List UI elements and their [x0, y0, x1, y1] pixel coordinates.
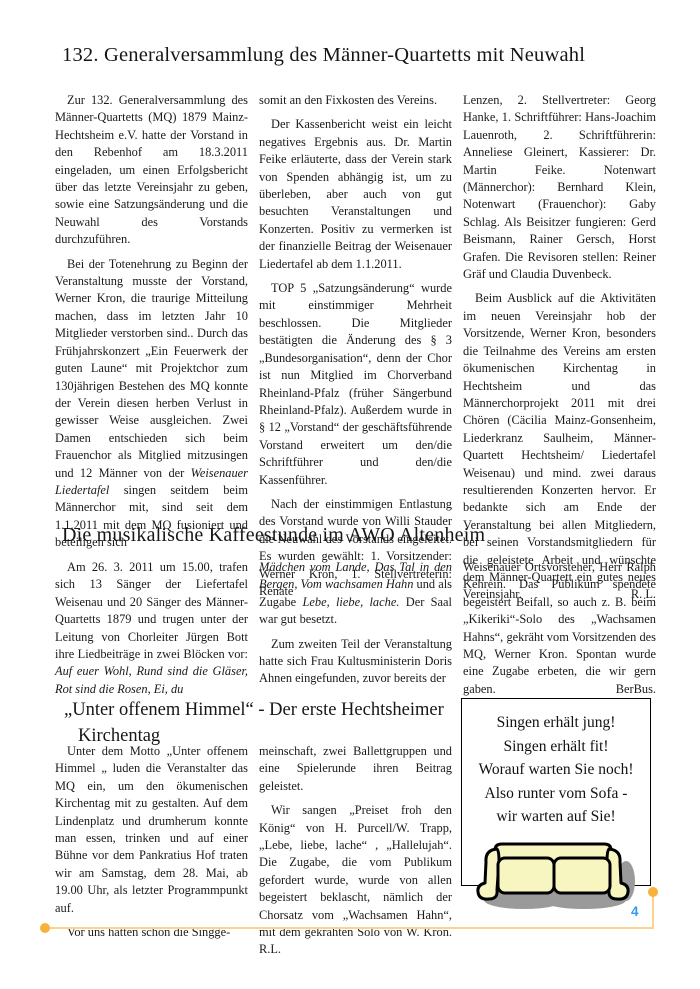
article-3-title: „Unter offenem Himmel“ - Der erste Hecht… — [64, 697, 492, 749]
paragraph: Zum zweiten Teil der Veranstaltung hatte… — [259, 636, 452, 688]
paragraph: Der Kassenbericht weist ein leicht negat… — [259, 116, 452, 273]
article-1-column-3: Lenzen, 2. Stellvertreter: Georg Hanke, … — [463, 92, 656, 611]
article-1-title: 132. Generalversammlung des Männer-Quart… — [62, 44, 585, 67]
paragraph: Zur 132. Generalversammlung des Männer-Q… — [55, 92, 248, 249]
paragraph: Bei der Totenehrung zu Beginn der Verans… — [55, 256, 248, 552]
article-3-column-2: meinschaft, zwei Ballettgruppen und eine… — [259, 743, 452, 966]
footer-rule-horizontal — [45, 927, 654, 929]
paragraph: TOP 5 „Satzungsänderung“ wurde mit einst… — [259, 280, 452, 489]
promo-line: Worauf warten Sie noch! — [462, 758, 650, 782]
paragraph: Lenzen, 2. Stellvertreter: Georg Hanke, … — [463, 92, 656, 283]
sofa-body — [478, 844, 628, 899]
promo-line: Singen erhält fit! — [462, 735, 650, 759]
footer-rule-vertical — [652, 892, 654, 929]
article-3-column-1: Unter dem Motto „Unter offenem Himmel „ … — [55, 743, 248, 966]
paragraph: meinschaft, zwei Ballettgruppen und eine… — [259, 743, 452, 795]
article-2-column-3: Weisenauer Ortsvorsteher, Herr Ralph Keh… — [463, 559, 656, 705]
article-2-title: Die musikalische Kaffeestunde im AWO Alt… — [62, 524, 485, 547]
footer-dot-left — [40, 923, 50, 933]
paragraph: Mädchen vom Lande, Das Tal in den Bergen… — [259, 559, 452, 629]
paragraph: Wir sangen „Preiset froh den König“ von … — [259, 802, 452, 959]
promo-line: wir warten auf Sie! — [462, 805, 650, 829]
paragraph: Weisenauer Ortsvorsteher, Herr Ralph Keh… — [463, 559, 656, 698]
article-3-columns: Unter dem Motto „Unter offenem Himmel „ … — [55, 743, 452, 966]
promo-line: Singen erhält jung! — [462, 711, 650, 735]
paragraph: somit an den Fixkosten des Vereins. — [259, 92, 452, 109]
footer-dot-right — [648, 887, 658, 897]
article-2-column-1: Am 26. 3. 2011 um 15.00, trafen sich 13 … — [55, 559, 248, 705]
author-initials: BerBus. — [616, 681, 656, 698]
article-2-columns: Am 26. 3. 2011 um 15.00, trafen sich 13 … — [55, 559, 655, 705]
article-2-column-2: Mädchen vom Lande, Das Tal in den Bergen… — [259, 559, 452, 705]
paragraph: Beim Ausblick auf die Aktivitäten im neu… — [463, 290, 656, 603]
paragraph: Am 26. 3. 2011 um 15.00, trafen sich 13 … — [55, 559, 248, 698]
page-number: 4 — [631, 904, 639, 919]
paragraph: Unter dem Motto „Unter offenem Himmel „ … — [55, 743, 248, 917]
sofa-icon — [470, 839, 638, 911]
promo-line: Also runter vom Sofa - — [462, 782, 650, 806]
